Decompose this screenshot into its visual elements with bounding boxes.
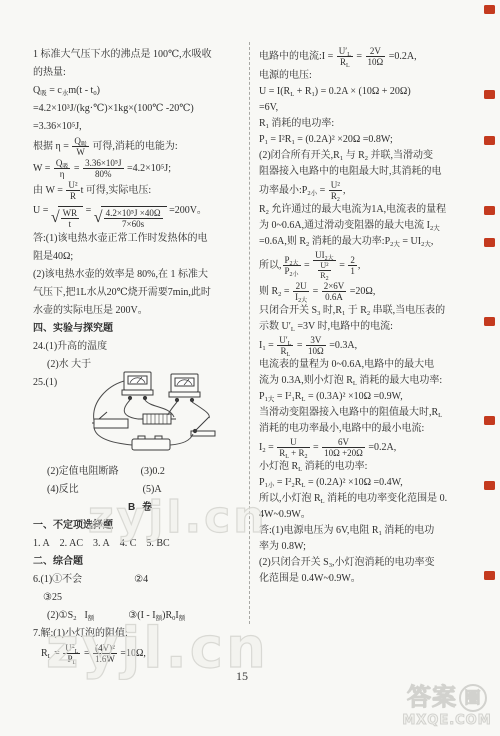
text-line: =0.6A,则 R2 消耗的最大功率:P2大 = UI2大, [259,234,459,249]
text-line: 电路中的电流:I = U′LRL = 2V10Ω =0.2A, [259,46,459,67]
text-line: 根据 η = Q吸W 可得,消耗的电能为: [33,136,249,157]
text-line: P1 = I²R1 = (0.2A)² ×20Ω =0.8W; [259,132,459,147]
circuit-diagram [91,368,231,462]
left-column: 1 标准大气压下水的沸点是 100℃,水吸收的热量:Q吸 = c水m(t - t… [33,46,249,665]
red-edge-mark [484,90,495,99]
text-line: R1 消耗的电功率: [259,116,459,131]
brand-circle-icon: 圈 [459,684,487,712]
text-line: ③25 [33,589,249,606]
text-line: =6V, [259,100,459,115]
brand-site-text: MXQE.COM [397,713,497,728]
text-line: 当滑动变阻器接入电路中的阻值最大时,RL [259,405,459,420]
text-line: 示数 U′L =3V 时,电路中的电流: [259,319,459,334]
text-line: 7.解:(1)小灯泡的阻值: [33,625,249,642]
section-heading: 一、不定项选择题 [33,517,249,534]
text-line: 为 0~0.6A,通过滑动变阻器的最大电流 I2大 [259,218,459,233]
text-line: 24.(1)升高的温度 [33,338,249,355]
text-line: =3.36×10⁵J, [33,118,249,135]
text-line: 答:(1)该电热水壶正常工作时发热体的电 [33,230,249,247]
section-heading: 二、综合题 [33,553,249,570]
text-line: (2)该电热水壶的效率是 80%,在 1 标准大 [33,266,249,283]
text-line: (4)反比(5)A [33,481,249,498]
text-line: U = √WRt = √4.2×10⁵J ×40Ω7×60s =200V。 [33,202,249,229]
text-line: 答:(1)电源电压为 6V,电阻 R1 消耗的电功 [259,523,459,538]
red-edge-mark [484,5,495,14]
text-line: 率为 0.8W; [259,539,459,554]
text-line: 由 W = U²Rt 可得,实际电压: [33,180,249,201]
text-line: (2)只闭合开关 S3,小灯泡消耗的电功率变 [259,555,459,570]
section-heading: 四、实验与探究题 [33,320,249,337]
text-line: 阻是40Ω; [33,248,249,265]
page-number: 15 [236,669,248,684]
text-line: 功率最小:P2小 = U²R2, [259,180,459,201]
red-edge-mark [484,136,495,145]
brand-prefix: 答案 [407,683,457,711]
text-line: 流为 0.3A,则小灯泡 RL 消耗的最大电功率: [259,373,459,388]
text-line: P1小 = I22RL = (0.2A)² ×10Ω =0.4W, [259,475,459,490]
text-line: 电源的电压: [259,68,459,83]
text-line: W = Q吸η = 3.36×10⁵J80% =4.2×10⁵J; [33,158,249,179]
text-line: (2)①S2I额③(I - I额)R0I额 [33,607,249,624]
brand-watermark: 答案圈 MXQE.COM [397,684,497,728]
text-line: 气压下,把1L水从20℃烧开需要7min,此时 [33,284,249,301]
section-heading: B 卷 [33,499,249,516]
red-edge-mark [484,238,495,247]
text-line: 所以,小灯泡 RL 消耗的电功率变化范围是 0. [259,491,459,506]
red-edge-mark [484,571,495,580]
text-line: RL = U2LPL = (4V)²1.6W =10Ω, [33,643,249,664]
text-line: 1. A2. AC3. A4. C5. BC [33,535,249,552]
column-divider [249,42,250,624]
text-line: 则 R2 = 2UI2大 = 2×6V0.6A =20Ω, [259,281,459,302]
text-line: 25.(1) [33,374,249,462]
text-line: (2)闭合所有开关,R1 与 R2 并联,当滑动变 [259,148,459,163]
text-line: U = I(RL + R1) = 0.2A × (10Ω + 20Ω) [259,84,459,99]
right-column: 电路中的电流:I = U′LRL = 2V10Ω =0.2A,电源的电压:U =… [259,46,459,587]
red-edge-mark [484,481,495,490]
text-line: 水壶的实际电压是 200V。 [33,302,249,319]
text-line: Q吸 = c水m(t - t0) [33,82,249,99]
text-line: R2 允许通过的最大电流为1A,电流表的量程 [259,202,459,217]
text-line: 6.(1)①不会②4 [33,571,249,588]
text-line: 化范围是 0.4W~0.9W。 [259,571,459,586]
text-line: 阻器接入电路中的电阻最大时,其消耗的电 [259,164,459,179]
text-line: 只闭合开关 S3 时,R1 于 R2 串联,当电压表的 [259,303,459,318]
text-line: 所以,P2大P2小 = UI2大U²R2 = 21, [259,250,459,280]
red-edge-mark [484,317,495,326]
red-edge-mark [484,206,495,215]
text-line: 消耗的电功率最小,电路中的最小电流: [259,421,459,436]
text-line: 1 标准大气压下水的沸点是 100℃,水吸收 [33,46,249,63]
brand-logo-text: 答案圈 [397,684,497,712]
red-edge-mark [484,416,495,425]
text-line: I1 = U′LRL = 3V10Ω =0.3A, [259,335,459,356]
text-line: P1大 = I21RL = (0.3A)² ×10Ω =0.9W, [259,389,459,404]
text-line: 4W~0.9W。 [259,507,459,522]
text-line: =4.2×10³J/(kg·℃)×1kg×(100℃ -20℃) [33,100,249,117]
text-line: (2)定值电阻断路(3)0.2 [33,463,249,480]
text-line: 的热量: [33,64,249,81]
text-line: 电流表的量程为 0~0.6A,电路中的最大电 [259,357,459,372]
text-line: 小灯泡 RL 消耗的电功率: [259,459,459,474]
text-line: I2 = URL + R2 = 6V10Ω +20Ω =0.2A, [259,437,459,458]
